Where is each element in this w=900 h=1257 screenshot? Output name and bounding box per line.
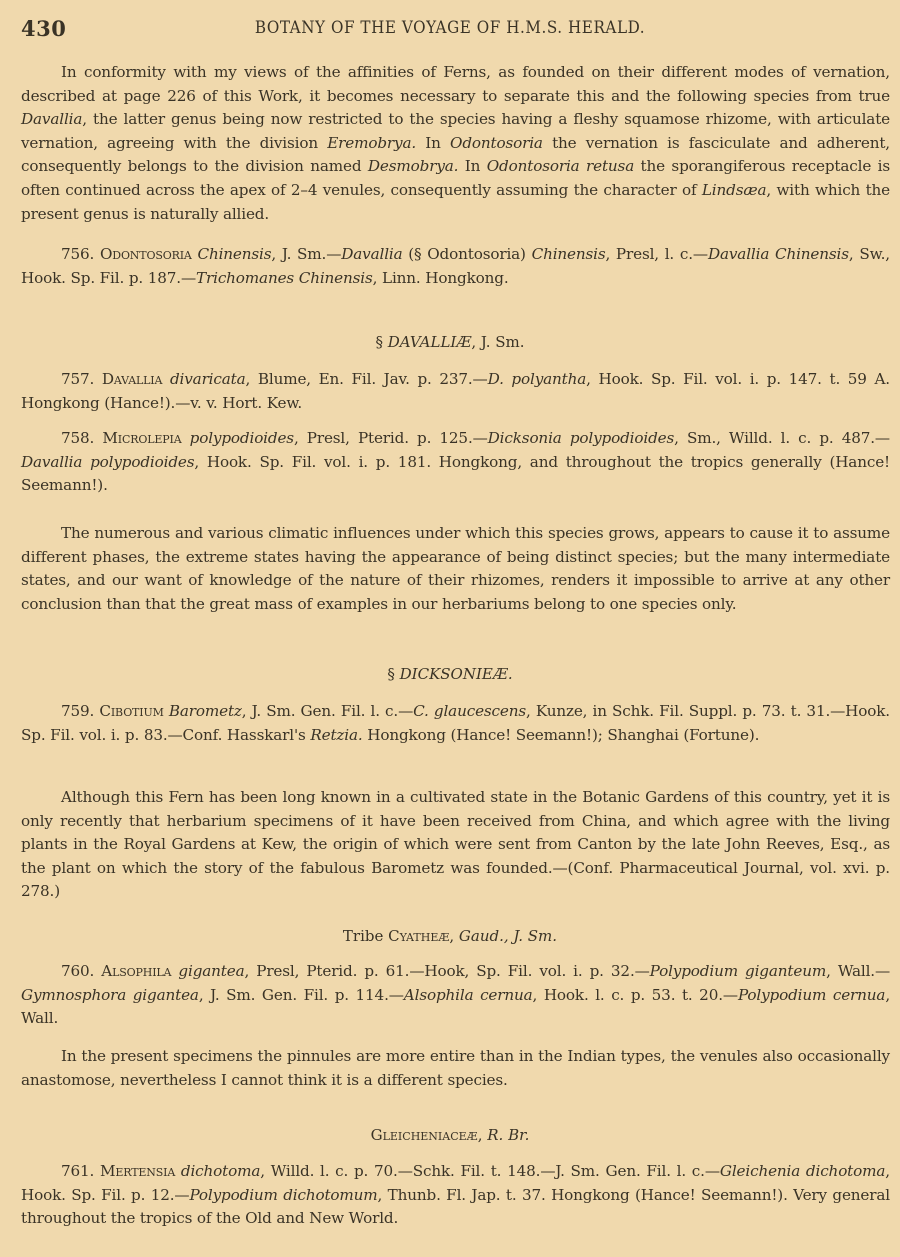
text: , Willd. l. c. p. 70.—Schk. Fil. t. 148.… <box>260 1162 720 1180</box>
taxon-name: Davallia polypodioides <box>21 453 194 471</box>
taxon-name: Davallia Chinensis <box>708 245 849 263</box>
text: , J. Sm.— <box>271 245 341 263</box>
section-author: R. Br. <box>487 1126 529 1144</box>
entry-number: 757. <box>61 370 102 388</box>
entry-757: 757. Davallia divaricata, Blume, En. Fil… <box>21 368 890 415</box>
text: , J. Sm. Gen. Fil. l. c.— <box>242 702 413 720</box>
text: , Sm., Willd. l. c. p. 487.— <box>674 429 890 447</box>
entry-number: 761. <box>61 1162 100 1180</box>
taxon-name: D. polyantha <box>488 370 587 388</box>
text: , Presl, l. c.— <box>606 245 708 263</box>
entry-760: 760. Alsophila gigantea, Presl, Pterid. … <box>21 960 890 1031</box>
species-name: dichotoma <box>181 1162 260 1180</box>
taxon-name: Lindsæa <box>702 181 767 199</box>
text: , Presl, Pterid. p. 61.—Hook, Sp. Fil. v… <box>245 962 650 980</box>
section-author: , J. Sm. <box>471 333 524 351</box>
text: In <box>458 157 486 175</box>
entry-761: 761. Mertensia dichotoma, Willd. l. c. p… <box>21 1160 890 1231</box>
taxon-name: Gymnosphora gigantea <box>21 986 199 1004</box>
entry-number: 760. <box>61 962 101 980</box>
text <box>182 429 190 447</box>
taxon-name: Trichomanes Chinensis <box>196 269 373 287</box>
taxon-name: Polypodium dichotomum <box>189 1186 377 1204</box>
entry-758-note: The numerous and various climatic influe… <box>21 522 890 616</box>
text: , Presl, Pterid. p. 125.— <box>294 429 488 447</box>
taxon-name: Eremobrya. <box>327 134 416 152</box>
taxon-name: Odontosoria <box>450 134 543 152</box>
taxon-name: Gleichenia dichotoma <box>720 1162 885 1180</box>
taxon-name: Chinensis <box>532 245 606 263</box>
entry-759-note: Although this Fern has been long known i… <box>21 786 890 904</box>
entry-number: 756. <box>61 245 100 263</box>
section-heading-davalliae: § DAVALLIÆ, J. Sm. <box>0 333 900 351</box>
genus-name: Alsophila <box>101 962 171 980</box>
text: , <box>478 1126 488 1144</box>
section-name: DICKSONIEÆ. <box>400 665 513 683</box>
text: (§ Odontosoria) <box>403 245 532 263</box>
text: In <box>416 134 450 152</box>
genus-name: Microlepia <box>102 429 181 447</box>
text: , Hook. l. c. p. 53. t. 20.— <box>533 986 738 1004</box>
text: , <box>449 927 459 945</box>
taxon-name: Odontosoria retusa <box>487 157 634 175</box>
species-name: divaricata <box>170 370 246 388</box>
genus-name: Cibotium <box>99 702 163 720</box>
text <box>162 370 170 388</box>
text: , Linn. Hongkong. <box>373 269 509 287</box>
species-name: Chinensis <box>197 245 271 263</box>
intro-paragraph: In conformity with my views of the affin… <box>21 61 890 226</box>
entry-759: 759. Cibotium Barometz, J. Sm. Gen. Fil.… <box>21 700 890 747</box>
genus-name: Mertensia <box>100 1162 175 1180</box>
text: In conformity with my views of the affin… <box>21 63 890 105</box>
section-mark: § <box>375 333 387 351</box>
page-header: 430 BOTANY OF THE VOYAGE OF H.M.S. HERAL… <box>21 16 879 46</box>
taxon-name: Retzia. <box>310 726 362 744</box>
entry-756: 756. Odontosoria Chinensis, J. Sm.—Daval… <box>21 243 890 290</box>
section-heading-cyatheae: Tribe Cyatheæ, Gaud., J. Sm. <box>0 927 900 945</box>
species-name: Barometz <box>169 702 242 720</box>
section-name: Cyatheæ <box>388 927 449 945</box>
text: , Wall.— <box>826 962 890 980</box>
section-heading-gleicheniaceae: Gleicheniaceæ, R. Br. <box>0 1126 900 1144</box>
section-name: Gleicheniaceæ <box>371 1126 478 1144</box>
section-heading-dicksonieae: § DICKSONIEÆ. <box>0 665 900 683</box>
section-author: Gaud., J. Sm. <box>459 927 557 945</box>
section-name: DAVALLIÆ <box>388 333 472 351</box>
entry-760-note: In the present specimens the pinnules ar… <box>21 1045 890 1092</box>
tribe-label: Tribe <box>343 927 388 945</box>
section-mark: § <box>387 665 399 683</box>
genus-name: Davallia <box>102 370 162 388</box>
entry-number: 759. <box>61 702 99 720</box>
text: , J. Sm. Gen. Fil. p. 114.— <box>199 986 404 1004</box>
taxon-name: C. glaucescens <box>413 702 526 720</box>
taxon-name: Desmobrya. <box>368 157 458 175</box>
running-title: BOTANY OF THE VOYAGE OF H.M.S. HERALD. <box>55 18 844 37</box>
book-page: 430 BOTANY OF THE VOYAGE OF H.M.S. HERAL… <box>0 0 900 1257</box>
species-name: polypodioides <box>190 429 294 447</box>
taxon-name: Davallia <box>341 245 402 263</box>
taxon-name: Alsophila cernua <box>404 986 533 1004</box>
taxon-name: Polypodium gi­ganteum <box>650 962 826 980</box>
taxon-name: Polypodium cernua <box>738 986 885 1004</box>
entry-number: 758. <box>61 429 102 447</box>
taxon-name: Dicksonia polypodioides <box>488 429 674 447</box>
taxon-name: Davallia <box>21 110 82 128</box>
species-name: gigantea <box>178 962 244 980</box>
entry-758: 758. Microlepia polypodioides, Presl, Pt… <box>21 427 890 498</box>
genus-name: Odontosoria <box>100 245 192 263</box>
text: , Blume, En. Fil. Jav. p. 237.— <box>246 370 488 388</box>
text: Hongkong (Hance! See­mann!); Shanghai (F… <box>363 726 760 744</box>
